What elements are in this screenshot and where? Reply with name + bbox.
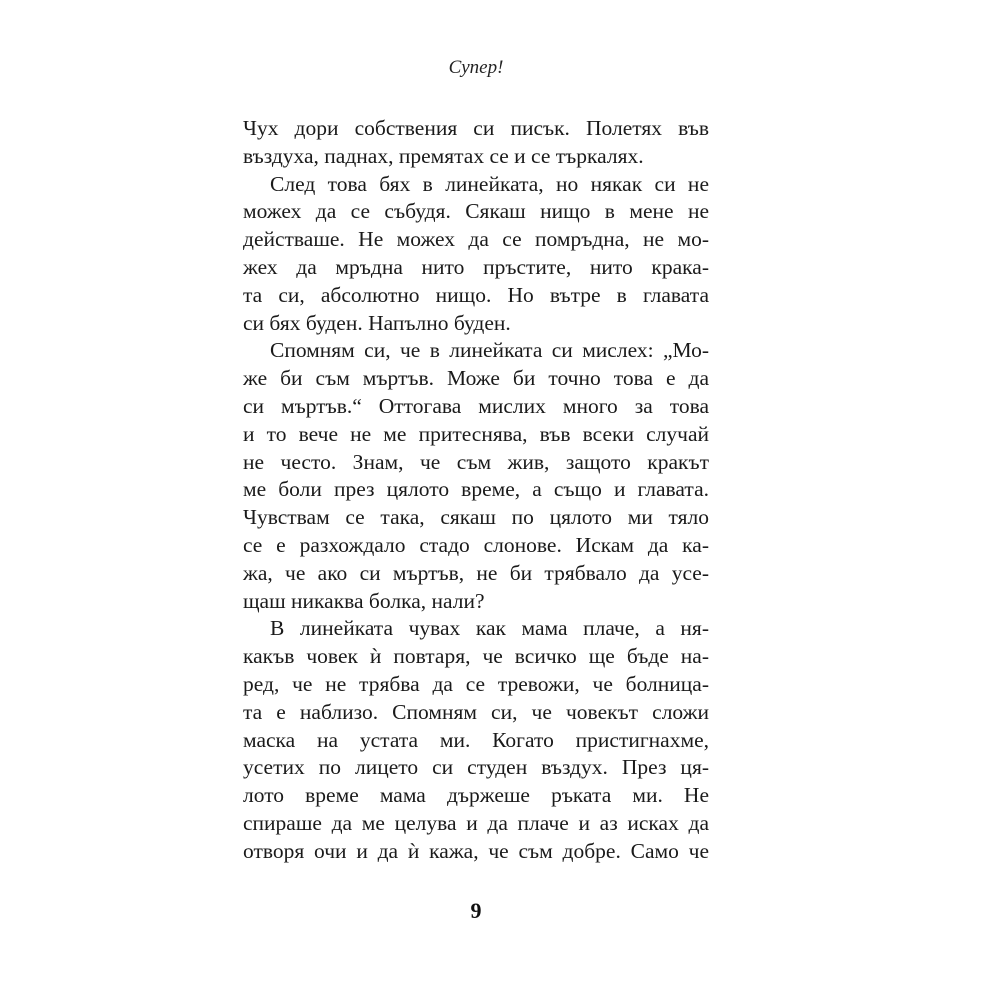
text-line: действаше. Не можех да се помръдна, не м… <box>243 226 709 254</box>
text-line: отворя очи и да ѝ кажа, че съм добре. Са… <box>243 838 709 866</box>
text-line: ред, че не трябва да се тревожи, че болн… <box>243 671 709 699</box>
text-line: се е разхождало стадо слонове. Искам да … <box>243 532 709 560</box>
text-line: жех да мръдна нито пръстите, нито крака- <box>243 254 709 282</box>
text-line: та е наблизо. Спомням си, че човекът сло… <box>243 699 709 727</box>
text-line: спираше да ме целува и да плаче и аз иск… <box>243 810 709 838</box>
text-line: Чувствам се така, сякаш по цялото ми тял… <box>243 504 709 532</box>
text-line: и то вече не ме притеснява, във всеки сл… <box>243 421 709 449</box>
text-line: же би съм мъртъв. Може би точно това е д… <box>243 365 709 393</box>
text-line: та си, абсолютно нищо. Но вътре в глават… <box>243 282 709 310</box>
text-line: Чух дори собствения си писък. Полетях въ… <box>243 115 709 143</box>
text-line: усетих по лицето си студен въздух. През … <box>243 754 709 782</box>
text-line: въздуха, паднах, премятах се и се търкал… <box>243 143 709 171</box>
text-line: жа, че ако си мъртъв, не би трябвало да … <box>243 560 709 588</box>
body-text: Чух дори собствения си писък. Полетях въ… <box>243 115 709 866</box>
text-line: ме боли през цялото време, а също и глав… <box>243 476 709 504</box>
text-line: маска на устата ми. Когато пристигнахме, <box>243 727 709 755</box>
text-line: лото време мама държеше ръката ми. Не <box>243 782 709 810</box>
running-head: Супер! <box>243 57 709 79</box>
page-number: 9 <box>243 898 709 924</box>
text-line: След това бях в линейката, но някак си н… <box>243 171 709 199</box>
book-page: Супер! Чух дори собствения си писък. Пол… <box>0 0 1000 1000</box>
text-line: си бях буден. Напълно буден. <box>243 310 709 338</box>
text-line: В линейката чувах как мама плаче, а ня- <box>243 615 709 643</box>
text-line: какъв човек ѝ повтаря, че всичко ще бъде… <box>243 643 709 671</box>
text-line: можех да се събудя. Сякаш нищо в мене не <box>243 198 709 226</box>
text-line: не често. Знам, че съм жив, защото кракъ… <box>243 449 709 477</box>
text-line: щаш никаква болка, нали? <box>243 588 709 616</box>
text-line: Спомням си, че в линейката си мислех: „М… <box>243 337 709 365</box>
text-line: си мъртъв.“ Оттогава мислих много за тов… <box>243 393 709 421</box>
